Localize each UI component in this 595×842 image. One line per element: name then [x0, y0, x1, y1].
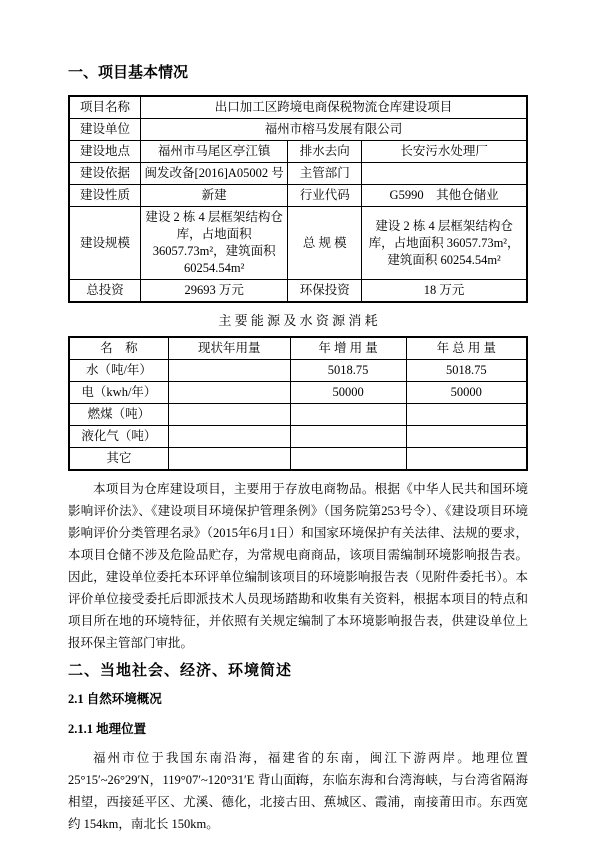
energy-increase: 5018.75	[290, 360, 406, 382]
table-row: 液化气（吨）	[69, 426, 527, 448]
report-page: 一、项目基本情况 项目名称 出口加工区跨境电商保税物流仓库建设项目 建设单位 福…	[0, 0, 595, 842]
field-label: 建设地点	[69, 141, 140, 163]
page-number: 1	[0, 772, 595, 787]
table-row: 建设规模 建设 2 栋 4 层框架结构仓库，占地面积 36057.73m²，建筑…	[69, 207, 527, 280]
field-value: 福州市榕马发展有限公司	[140, 119, 527, 141]
section1-heading: 一、项目基本情况	[68, 64, 528, 82]
energy-name: 水（吨/年）	[69, 360, 168, 382]
field-label: 建设单位	[69, 119, 140, 141]
project-info-table: 项目名称 出口加工区跨境电商保税物流仓库建设项目 建设单位 福州市榕马发展有限公…	[68, 95, 528, 303]
field-value: G5990 其他仓储业	[362, 185, 527, 207]
energy-table-title: 主 要 能 源 及 水 资 源 消 耗	[68, 313, 528, 329]
energy-current	[168, 448, 290, 471]
field-label: 建设规模	[69, 207, 140, 280]
field-value: 新建	[140, 185, 287, 207]
field-value: 出口加工区跨境电商保税物流仓库建设项目	[140, 96, 527, 119]
energy-name: 电（kwh/年）	[69, 382, 168, 404]
field-value: 建设 2 栋 4 层框架结构仓库，占地面积 36057.73m²，建筑面积 60…	[140, 207, 287, 280]
energy-name: 燃煤（吨）	[69, 404, 168, 426]
energy-current	[168, 360, 290, 382]
table-row: 燃煤（吨）	[69, 404, 527, 426]
field-value: 18 万元	[362, 280, 527, 303]
energy-increase: 50000	[290, 382, 406, 404]
field-label: 行业代码	[288, 185, 362, 207]
table-row: 建设单位 福州市榕马发展有限公司	[69, 119, 527, 141]
field-value: 建设 2 栋 4 层框架结构仓库，占地面积 36057.73m²，建筑面积 60…	[362, 207, 527, 280]
energy-increase	[290, 404, 406, 426]
field-label: 建设性质	[69, 185, 140, 207]
column-header: 现状年用量	[168, 337, 290, 360]
column-header: 年 增 用 量	[290, 337, 406, 360]
energy-total	[406, 404, 527, 426]
energy-total: 5018.75	[406, 360, 527, 382]
energy-increase	[290, 448, 406, 471]
table-row: 建设依据 闽发改备[2016]A05002 号 主管部门	[69, 163, 527, 185]
section2-paragraph: 福州市位于我国东南沿海，福建省的东南，闽江下游两岸。地理位置 25°15′~26…	[68, 747, 528, 835]
field-label: 项目名称	[69, 96, 140, 119]
field-value: 长安污水处理厂	[362, 141, 527, 163]
energy-consumption-table: 名 称 现状年用量 年 增 用 量 年 总 用 量 水（吨/年） 5018.75…	[68, 336, 528, 471]
table-row: 其它	[69, 448, 527, 471]
table-row: 电（kwh/年） 50000 50000	[69, 382, 527, 404]
subsection-2-1-1-heading: 2.1.1 地理位置	[68, 718, 528, 740]
table-row: 建设性质 新建 行业代码 G5990 其他仓储业	[69, 185, 527, 207]
column-header: 年 总 用 量	[406, 337, 527, 360]
section2-heading: 二、当地社会、经济、环境简述	[68, 662, 528, 680]
energy-increase	[290, 426, 406, 448]
field-value: 福州市马尾区亭江镇	[140, 141, 287, 163]
field-value	[362, 163, 527, 185]
energy-name: 其它	[69, 448, 168, 471]
energy-total	[406, 426, 527, 448]
energy-total: 50000	[406, 382, 527, 404]
energy-current	[168, 404, 290, 426]
energy-current	[168, 382, 290, 404]
field-label: 总投资	[69, 280, 140, 303]
energy-total	[406, 448, 527, 471]
table-row: 水（吨/年） 5018.75 5018.75	[69, 360, 527, 382]
field-label: 排水去向	[288, 141, 362, 163]
field-label: 总 规 模	[288, 207, 362, 280]
section1-paragraph: 本项目为仓库建设项目，主要用于存放电商物品。根据《中华人民共和国环境影响评价法》…	[68, 478, 528, 654]
field-label: 建设依据	[69, 163, 140, 185]
field-label: 环保投资	[288, 280, 362, 303]
energy-current	[168, 426, 290, 448]
table-row: 建设地点 福州市马尾区亭江镇 排水去向 长安污水处理厂	[69, 141, 527, 163]
subsection-2-1-heading: 2.1 自然环境概况	[68, 688, 528, 710]
field-value: 闽发改备[2016]A05002 号	[140, 163, 287, 185]
table-row: 项目名称 出口加工区跨境电商保税物流仓库建设项目	[69, 96, 527, 119]
field-value: 29693 万元	[140, 280, 287, 303]
table-header-row: 名 称 现状年用量 年 增 用 量 年 总 用 量	[69, 337, 527, 360]
column-header: 名 称	[69, 337, 168, 360]
energy-name: 液化气（吨）	[69, 426, 168, 448]
field-label: 主管部门	[288, 163, 362, 185]
table-row: 总投资 29693 万元 环保投资 18 万元	[69, 280, 527, 303]
